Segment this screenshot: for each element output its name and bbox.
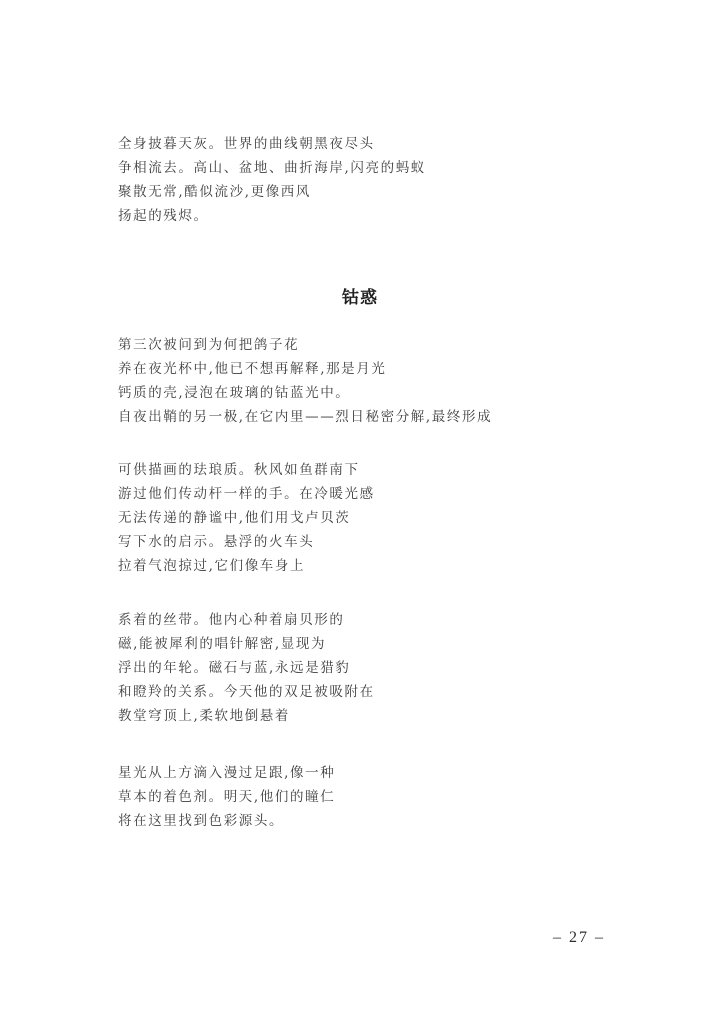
- poem-line: 聚散无常,酷似流沙,更像西风: [118, 180, 426, 204]
- poem-line: 将在这里找到色彩源头。: [118, 809, 335, 833]
- poem-line: 自夜出鞘的另一极,在它内里——烈日秘密分解,最终形成: [118, 405, 492, 429]
- poem-line: 争相流去。高山、盆地、曲折海岸,闪亮的蚂蚁: [118, 156, 426, 180]
- poem-line: 和瞪羚的关系。今天他的双足被吸附在: [118, 680, 375, 704]
- poem-line: 磁,能被犀利的唱针解密,显现为: [118, 632, 375, 656]
- document-page: 全身披暮天灰。世界的曲线朝黑夜尽头 争相流去。高山、盆地、曲折海岸,闪亮的蚂蚁 …: [0, 0, 720, 1010]
- poem-title: 钴惑: [0, 283, 720, 308]
- poem-line: 第三次被问到为何把鸽子花: [118, 333, 492, 357]
- poem-line: 扬起的残烬。: [118, 204, 426, 228]
- poem-line: 星光从上方滴入漫过足跟,像一种: [118, 761, 335, 785]
- previous-poem-ending-stanza: 全身披暮天灰。世界的曲线朝黑夜尽头 争相流去。高山、盆地、曲折海岸,闪亮的蚂蚁 …: [118, 132, 426, 228]
- poem-line: 教堂穹顶上,柔软地倒悬着: [118, 704, 375, 728]
- poem-line: 游过他们传动杆一样的手。在冷暖光感: [118, 482, 375, 506]
- poem-line: 全身披暮天灰。世界的曲线朝黑夜尽头: [118, 132, 426, 156]
- poem-stanza-1: 第三次被问到为何把鸽子花 养在夜光杯中,他已不想再解释,那是月光 钙质的壳,浸泡…: [118, 333, 492, 429]
- poem-line: 钙质的壳,浸泡在玻璃的钴蓝光中。: [118, 381, 492, 405]
- page-number: – 27 –: [553, 929, 605, 947]
- poem-line: 写下水的启示。悬浮的火车头: [118, 530, 375, 554]
- poem-line: 可供描画的珐琅质。秋风如鱼群南下: [118, 458, 375, 482]
- poem-stanza-2: 可供描画的珐琅质。秋风如鱼群南下 游过他们传动杆一样的手。在冷暖光感 无法传递的…: [118, 458, 375, 578]
- poem-line: 浮出的年轮。磁石与蓝,永远是猎豹: [118, 656, 375, 680]
- poem-stanza-4: 星光从上方滴入漫过足跟,像一种 草本的着色剂。明天,他们的瞳仁 将在这里找到色彩…: [118, 761, 335, 833]
- poem-line: 无法传递的静谧中,他们用戈卢贝茨: [118, 506, 375, 530]
- poem-stanza-3: 系着的丝带。他内心种着扇贝形的 磁,能被犀利的唱针解密,显现为 浮出的年轮。磁石…: [118, 608, 375, 728]
- poem-line: 草本的着色剂。明天,他们的瞳仁: [118, 785, 335, 809]
- poem-line: 拉着气泡掠过,它们像车身上: [118, 554, 375, 578]
- poem-line: 系着的丝带。他内心种着扇贝形的: [118, 608, 375, 632]
- poem-line: 养在夜光杯中,他已不想再解释,那是月光: [118, 357, 492, 381]
